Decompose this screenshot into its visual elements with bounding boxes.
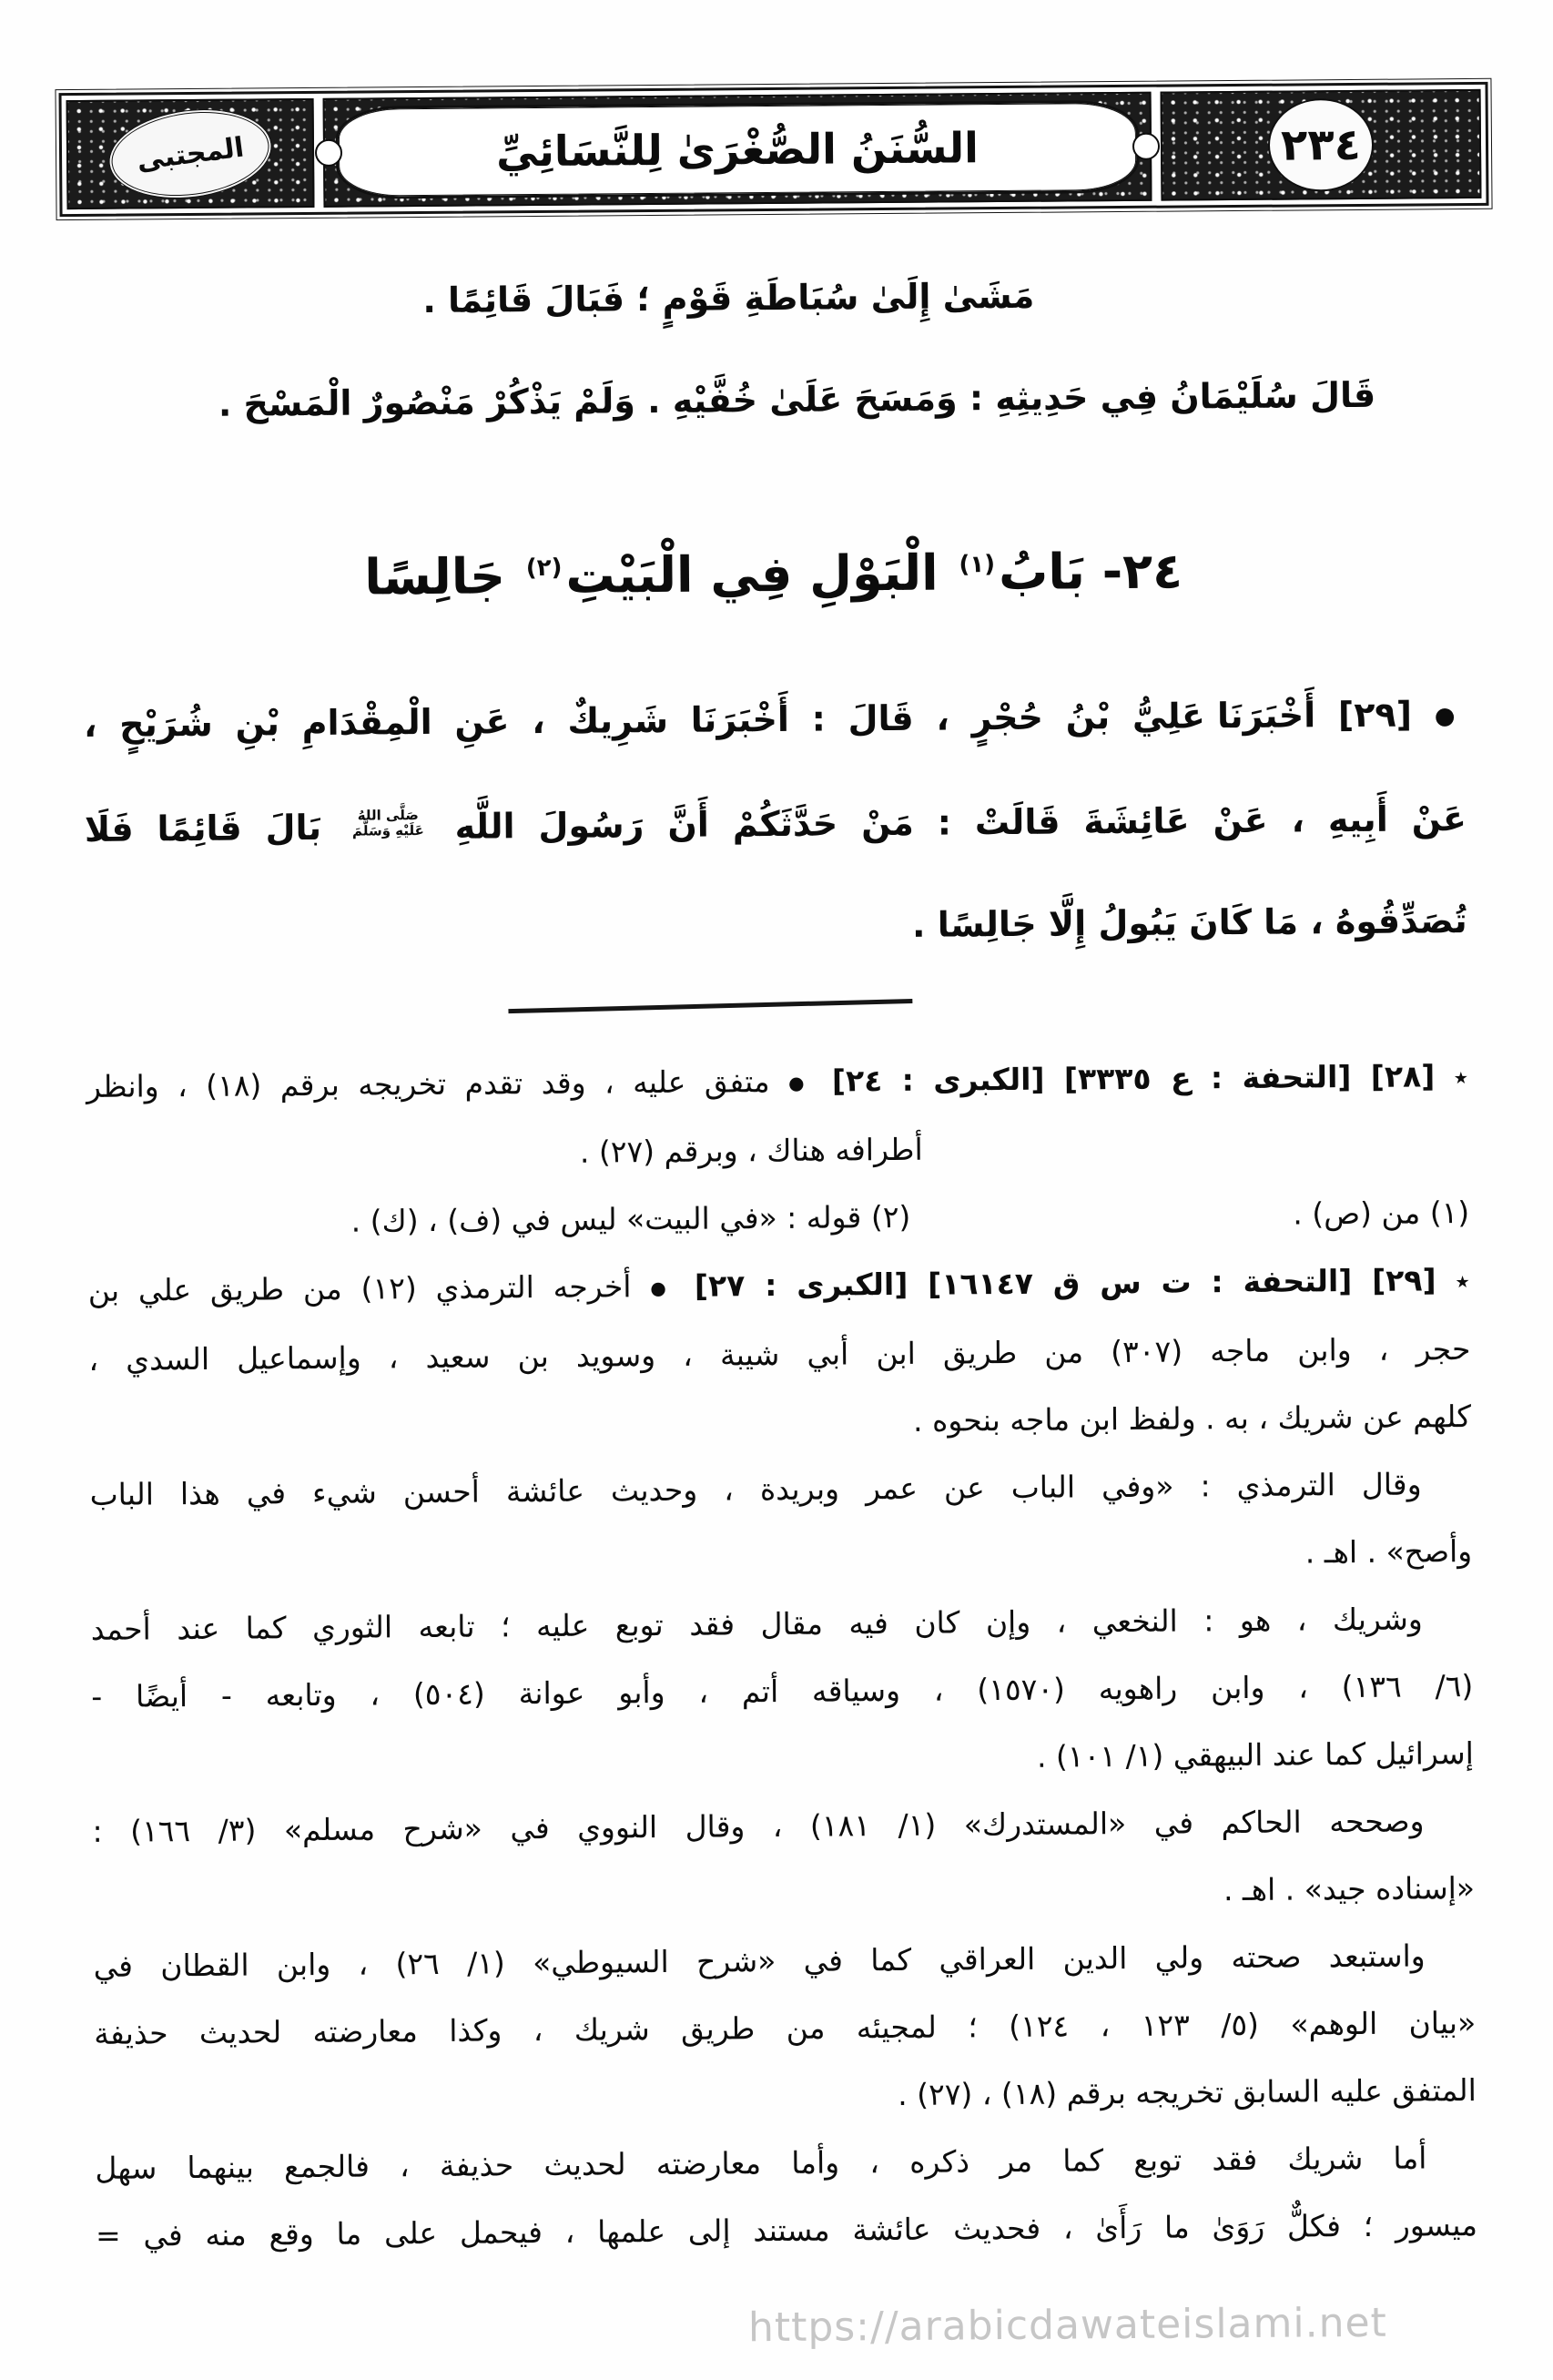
chapter-footnote-marker-1: (١) xyxy=(959,551,995,578)
hadith-number: [٢٩] xyxy=(1338,695,1412,736)
hadith-line-1-text: أَخْبَرَنَا عَلِيُّ بْنُ حُجْرٍ ، قَالَ … xyxy=(84,695,1316,745)
watermark-url: https://arabicdawateislami.net xyxy=(748,2300,1387,2352)
hadith-line-1: ● [٢٩] أَخْبَرَنَا عَلِيُّ بْنُ حُجْرٍ ،… xyxy=(84,686,1466,755)
footnote-29-line-15: ميسور ؛ فكلٌّ رَوَىٰ ما رَأَىٰ ، فحديث ع… xyxy=(96,2191,1478,2269)
header-ornament-left: المجتبى xyxy=(66,98,315,209)
hadith-line-2: عَنْ أَبِيهِ ، عَنْ عَائِشَةَ قَالَتْ : … xyxy=(85,790,1467,858)
footnote-29-line-14: أما شريك فقد توبع كما مر ذكره ، وأما معا… xyxy=(95,2123,1477,2202)
footnote-star-icon: ٭ xyxy=(1454,1062,1469,1093)
header-ornament-right: ٢٣٤ xyxy=(1161,89,1482,201)
apparatus-note-1: (١) من (ص) . xyxy=(1293,1179,1469,1248)
footnote-29-line-9: وصححه الحاكم في «المستدرك» (١/ ١٨١) ، وق… xyxy=(92,1787,1475,1866)
footnote-star-icon: ٭ xyxy=(1455,1266,1470,1297)
footnote-29-refs: [٢٩] [التحفة : ت س ق ١٦١٤٧] [الكبرى : ٢٧… xyxy=(695,1262,1436,1303)
apparatus-notes-row: (١) من (ص) . (٢) قوله : «في البيت» ليس ف… xyxy=(87,1179,1470,1257)
footnote-28-line-2: أطرافه هناك ، وبرقم (٢٧) . xyxy=(86,1112,1469,1190)
prev-hadith-tail-line: مَشَىٰ إِلَىٰ سُبَاطَةِ قَوْمٍ ؛ فَبَالَ… xyxy=(80,264,1462,331)
chapter-footnote-marker-2: (٢) xyxy=(526,554,563,582)
footnote-28-refs: [٢٨] [التحفة : ع ٣٣٣٥] [الكبرى : ٢٤] xyxy=(832,1058,1436,1098)
footnote-28-text: متفق عليه ، وقد تقدم تخريجه برقم (١٨) ، … xyxy=(86,1063,770,1104)
footnote-29-line-4: وقال الترمذي : «وفي الباب عن عمر وبريدة … xyxy=(89,1450,1472,1529)
page-number-disc: ٢٣٤ xyxy=(1268,98,1375,192)
honorific-bottom: عَلَيْهِ وَسَلَّمَ xyxy=(352,823,424,839)
header-band: المجتبى السُّنَنُ الصُّغْرَىٰ لِلنَّسَائ… xyxy=(59,82,1489,217)
book-title: السُّنَنُ الصُّغْرَىٰ لِلنَّسَائِيِّ xyxy=(496,123,979,176)
page-number: ٢٣٤ xyxy=(1281,119,1361,171)
footnote-29-line-12: «بيان الوهم» (٥/ ١٢٣ ، ١٢٤) ؛ لمجيئه من … xyxy=(94,1988,1477,2067)
footnote-separator xyxy=(508,998,912,1012)
chapter-tail: جَالِسًا xyxy=(364,547,505,605)
footnote-29-line-13: المتفق عليه السابق تخريجه برقم (١٨) ، (٢… xyxy=(95,2056,1477,2134)
footnote-29-line-6: وشريك ، هو : النخعي ، وإن كان فيه مقال ف… xyxy=(90,1585,1473,1663)
chapter-number-word: ٢٤- بَابُ xyxy=(999,542,1183,601)
chapter-heading: ٢٤- بَابُ(١) الْبَوْلِ فِي الْبَيْتِ(٢) … xyxy=(82,526,1465,615)
footnote-29-line-10: «إسناده جيد» . اهـ . xyxy=(93,1855,1476,1933)
medallion: المجتبى xyxy=(104,100,278,209)
hadith-line-2-start: عَنْ أَبِيهِ ، عَنْ عَائِشَةَ قَالَتْ : … xyxy=(454,798,1466,847)
sulayman-note-line: قَالَ سُلَيْمَانُ فِي حَدِيثِهِ : وَمَسَ… xyxy=(81,366,1463,433)
apparatus-note-2: (٢) قوله : «في البيت» ليس في (ف) ، (ك) . xyxy=(350,1183,910,1255)
takhrij-bullet-icon: ● xyxy=(788,1072,814,1093)
honorific-salla-allahu-alayhi-wasallam: صَلَّى اللهُ عَلَيْهِ وَسَلَّمَ xyxy=(352,808,424,839)
footnote-29-line-2: حجر ، وابن ماجه (٣٠٧) من طريق ابن أبي شي… xyxy=(88,1316,1471,1394)
takhrij-bullet-icon: ● xyxy=(650,1276,675,1298)
page-content: مَشَىٰ إِلَىٰ سُبَاطَةِ قَوْمٍ ؛ فَبَالَ… xyxy=(0,263,1553,2270)
title-cartouche: السُّنَنُ الصُّغْرَىٰ لِلنَّسَائِيِّ xyxy=(336,100,1140,199)
hadith-line-2-end: بَالَ قَائِمًا فَلَا xyxy=(85,807,322,849)
chapter-middle: الْبَوْلِ فِي الْبَيْتِ xyxy=(565,544,939,605)
footnote-29-line-7: (٦/ ١٣٦) ، وابن راهويه (١٥٧٠) ، وسياقه أ… xyxy=(91,1653,1474,1731)
footnote-29-line-3: كلهم عن شريك ، به . ولفظ ابن ماجه بنحوه … xyxy=(89,1383,1472,1461)
footnote-29-line-5: وأصح» . اهـ . xyxy=(90,1518,1473,1596)
medallion-label: المجتبى xyxy=(135,131,246,177)
hadith-line-3: تُصَدِّقُوهُ ، مَا كَانَ يَبُولُ إِلَّا … xyxy=(85,892,1467,960)
footnote-29-line-8: إسرائيل كما عند البيهقي (١/ ١٠١) . xyxy=(92,1720,1475,1798)
footnote-28-line-1: ٭ [٢٨] [التحفة : ع ٣٣٣٥] [الكبرى : ٢٤] ●… xyxy=(86,1043,1469,1123)
footnote-29-line-11: واستبعد صحته ولي الدين العراقي كما في «ش… xyxy=(93,1921,1476,1999)
scan-tilt-wrapper: المجتبى السُّنَنُ الصُّغْرَىٰ لِلنَّسَائ… xyxy=(0,0,1553,2380)
book-page: المجتبى السُّنَنُ الصُّغْرَىٰ لِلنَّسَائ… xyxy=(0,0,1553,2380)
footnotes-section: ٭ [٢٨] [التحفة : ع ٣٣٣٥] [الكبرى : ٢٤] ●… xyxy=(86,1043,1477,2270)
footnote-29-line-1: ٭ [٢٩] [التحفة : ت س ق ١٦١٤٧] [الكبرى : … xyxy=(88,1246,1471,1327)
footnote-29-text: أخرجه الترمذي (١٢) من طريق علي بن xyxy=(88,1268,632,1308)
honorific-top: صَلَّى اللهُ xyxy=(358,808,419,824)
header-ornament-middle: السُّنَنُ الصُّغْرَىٰ لِلنَّسَائِيِّ xyxy=(323,92,1152,208)
hadith-bullet-icon: ● xyxy=(1435,703,1466,730)
